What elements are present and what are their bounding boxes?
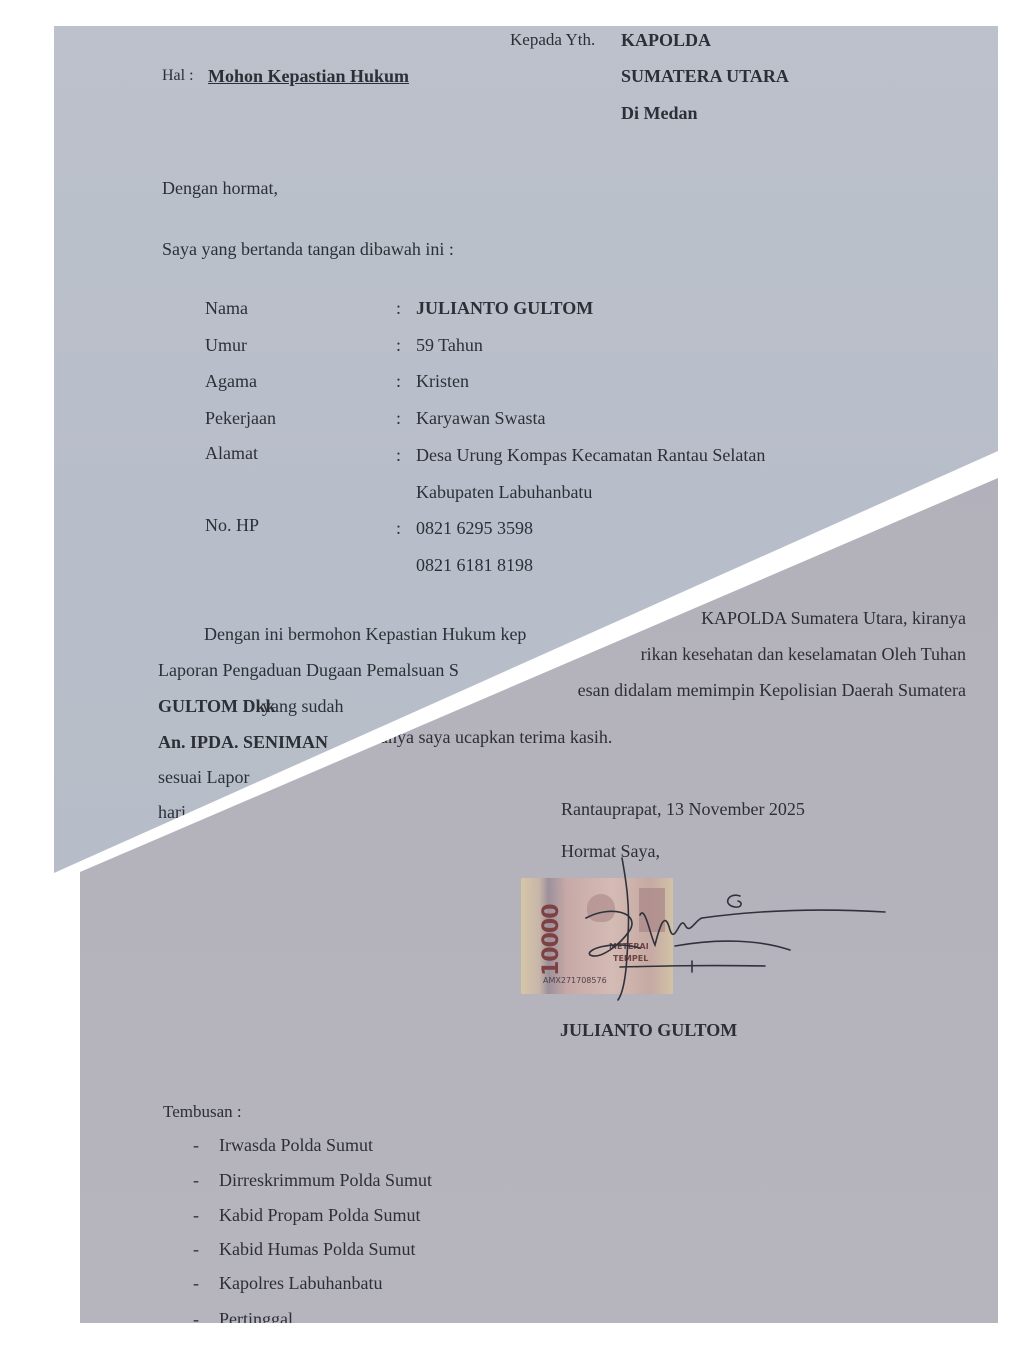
recipient-line-1: KAPOLDA	[621, 31, 711, 49]
body-line-1-right: KAPOLDA Sumatera Utara, kiranya	[701, 609, 966, 627]
identity-value-nama: JULIANTO GULTOM	[416, 299, 593, 317]
body-line-3-left: yang sudah	[262, 697, 343, 715]
identity-label-nama: Nama	[205, 299, 248, 317]
cc-item: Pertinggal	[219, 1310, 293, 1328]
greeting: Dengan hormat,	[162, 179, 278, 197]
identity-separator: :	[396, 372, 401, 390]
revenue-stamp: 10000 METERAI TEMPEL AMX271708576	[521, 878, 673, 994]
cc-title: Tembusan :	[163, 1103, 242, 1120]
identity-label-pekerjaan: Pekerjaan	[205, 409, 276, 427]
recipient-line-2: SUMATERA UTARA	[621, 67, 789, 85]
cc-item: Kapolres Labuhanbatu	[219, 1274, 382, 1292]
identity-value-alamat-line2: Kabupaten Labuhanbatu	[416, 483, 592, 501]
cc-bullet: -	[193, 1136, 199, 1154]
place-date: Rantauprapat, 13 November 2025	[561, 800, 805, 818]
identity-separator: :	[396, 299, 401, 317]
cc-item: Dirreskrimmum Polda Sumut	[219, 1171, 432, 1189]
cc-bullet: -	[193, 1240, 199, 1258]
stamp-portrait-icon	[639, 888, 665, 932]
body-line-5-left: sesuai Lapor	[158, 768, 249, 786]
identity-value-umur: 59 Tahun	[416, 336, 483, 354]
identity-value-agama: Kristen	[416, 372, 469, 390]
recipient-line-3: Di Medan	[621, 104, 698, 122]
body-line-3-left-bold: GULTOM Dkk	[158, 697, 276, 715]
body-line-2-left: Laporan Pengaduan Dugaan Pemalsuan S	[158, 661, 459, 679]
stamp-serial: AMX271708576	[543, 976, 607, 985]
identity-separator: :	[396, 519, 401, 537]
identity-separator: :	[396, 336, 401, 354]
body-line-1-left: Dengan ini bermohon Kepastian Hukum kep	[204, 625, 526, 643]
identity-separator: :	[396, 446, 401, 464]
body-line-3-right: esan didalam memimpin Kepolisian Daerah …	[578, 681, 966, 699]
recipient-prefix: Kepada Yth.	[510, 31, 595, 48]
closing: Hormat Saya,	[561, 842, 660, 860]
cc-bullet: -	[193, 1274, 199, 1292]
cc-bullet: -	[193, 1206, 199, 1224]
stamp-label-1: METERAI	[609, 942, 649, 951]
cc-item: Kabid Propam Polda Sumut	[219, 1206, 421, 1224]
identity-value-phone-2: 0821 6181 8198	[416, 556, 533, 574]
body-line-2-right: rikan kesehatan dan keselamatan Oleh Tuh…	[641, 645, 966, 663]
identity-value-alamat: Desa Urung Kompas Kecamatan Rantau Selat…	[416, 446, 765, 464]
cc-item: Irwasda Polda Sumut	[219, 1136, 373, 1154]
body-line-6-left: hari	[158, 803, 186, 821]
intro-text: Saya yang bertanda tangan dibawah ini :	[162, 240, 454, 258]
identity-label-agama: Agama	[205, 372, 257, 390]
cc-bullet: -	[193, 1310, 199, 1328]
stamp-value: 10000	[539, 896, 579, 976]
subject-text: Mohon Kepastian Hukum	[208, 67, 409, 85]
identity-label-phone: No. HP	[205, 516, 259, 534]
subject-label: Hal :	[162, 68, 194, 84]
identity-label-umur: Umur	[205, 336, 247, 354]
body-line-4-left-bold: An. IPDA. SENIMAN	[158, 733, 328, 751]
signer-name: JULIANTO GULTOM	[560, 1021, 737, 1039]
identity-value-pekerjaan: Karyawan Swasta	[416, 409, 545, 427]
identity-label-alamat: Alamat	[205, 444, 258, 462]
identity-separator: :	[396, 409, 401, 427]
body-line-4-right: anya saya ucapkan terima kasih.	[380, 728, 612, 746]
stamp-label-2: TEMPEL	[613, 954, 648, 963]
garuda-emblem-icon	[587, 894, 615, 922]
cc-bullet: -	[193, 1171, 199, 1189]
identity-value-phone-1: 0821 6295 3598	[416, 519, 533, 537]
cc-item: Kabid Humas Polda Sumut	[219, 1240, 416, 1258]
